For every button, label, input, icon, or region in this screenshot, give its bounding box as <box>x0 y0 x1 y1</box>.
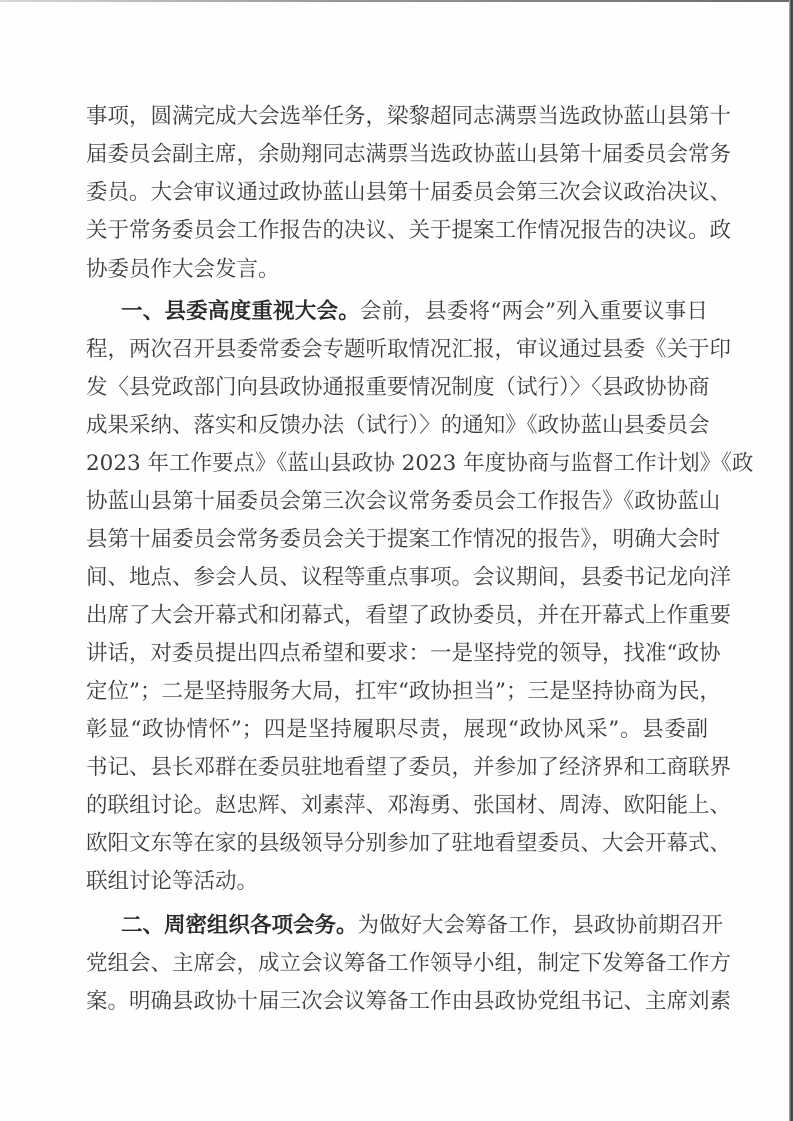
text-line: 定位”；二是坚持服务大局，扛牢“政协担当”；三是坚持协商为民， <box>86 677 708 707</box>
text-line: 彰显“政协情怀”；四是坚持履职尽责，展现“政协风采”。县委副 <box>86 715 708 745</box>
text-line: 党组会、主席会，成立会议筹备工作领导小组，制定下发筹备工作方 <box>86 949 708 979</box>
text-line: 的联组讨论。赵忠辉、刘素萍、邓海勇、张国材、周涛、欧阳能上、 <box>86 791 708 821</box>
scan-edge-top <box>0 0 793 2</box>
section-heading-2: 二、周密组织各项会务。 <box>121 913 358 938</box>
text-line: 程，两次召开县委常委会专题听取情况汇报，审议通过县委《关于印 <box>86 335 708 365</box>
text-line: 出席了大会开幕式和闭幕式，看望了政协委员，并在开幕式上作重要 <box>86 601 708 631</box>
text-line: 案。明确县政协十届三次会议筹备工作由县政协党组书记、主席刘素 <box>86 987 708 1017</box>
text-line: 成果采纳、落实和反馈办法（试行）〉的通知》《政协蓝山县委员会 <box>86 411 708 441</box>
text-line-rest: 为做好大会筹备工作，县政协前期召开 <box>358 913 724 938</box>
text-line: 联组讨论等活动。 <box>86 867 708 897</box>
section-heading-line: 一、县委高度重视大会。会前，县委将“两会”列入重要议事日 <box>121 297 708 327</box>
text-line: 讲话，对委员提出四点希望和要求：一是坚持党的领导，找准“政协 <box>86 639 708 669</box>
text-line: 关于常务委员会工作报告的决议、关于提案工作情况报告的决议。政 <box>86 216 708 246</box>
text-line: 间、地点、参会人员、议程等重点事项。会议期间，县委书记龙向洋 <box>86 563 708 593</box>
text-line: 发〈县党政部门向县政协通报重要情况制度（试行）〉〈县政协协商 <box>86 373 708 403</box>
text-line: 县第十届委员会常务委员会关于提案工作情况的报告》，明确大会时 <box>86 525 708 555</box>
text-line: 届委员会副主席，余勋翔同志满票当选政协蓝山县第十届委员会常务 <box>86 140 708 170</box>
section-heading-line: 二、周密组织各项会务。为做好大会筹备工作，县政协前期召开 <box>121 911 708 941</box>
text-line: 事项，圆满完成大会选举任务，梁黎超同志满票当选政协蓝山县第十 <box>86 102 708 132</box>
text-line: 协蓝山县第十届委员会第三次会议常务委员会工作报告》《政协蓝山 <box>86 487 708 517</box>
text-line: 协委员作大会发言。 <box>86 255 708 285</box>
document-page: 事项，圆满完成大会选举任务，梁黎超同志满票当选政协蓝山县第十 届委员会副主席，余… <box>0 0 793 1121</box>
text-line: 书记、县长邓群在委员驻地看望了委员，并参加了经济界和工商联界 <box>86 753 708 783</box>
text-line-rest: 会前，县委将“两会”列入重要议事日 <box>360 299 708 324</box>
text-line: 2023 年工作要点》《蓝山县政协 2023 年度协商与监督工作计划》《政 <box>86 449 708 479</box>
section-heading-1: 一、县委高度重视大会。 <box>121 299 360 324</box>
text-line: 欧阳文东等在家的县级领导分别参加了驻地看望委员、大会开幕式、 <box>86 829 708 859</box>
scan-edge-right <box>789 0 793 1121</box>
text-line: 委员。大会审议通过政协蓝山县第十届委员会第三次会议政治决议、 <box>86 178 708 208</box>
